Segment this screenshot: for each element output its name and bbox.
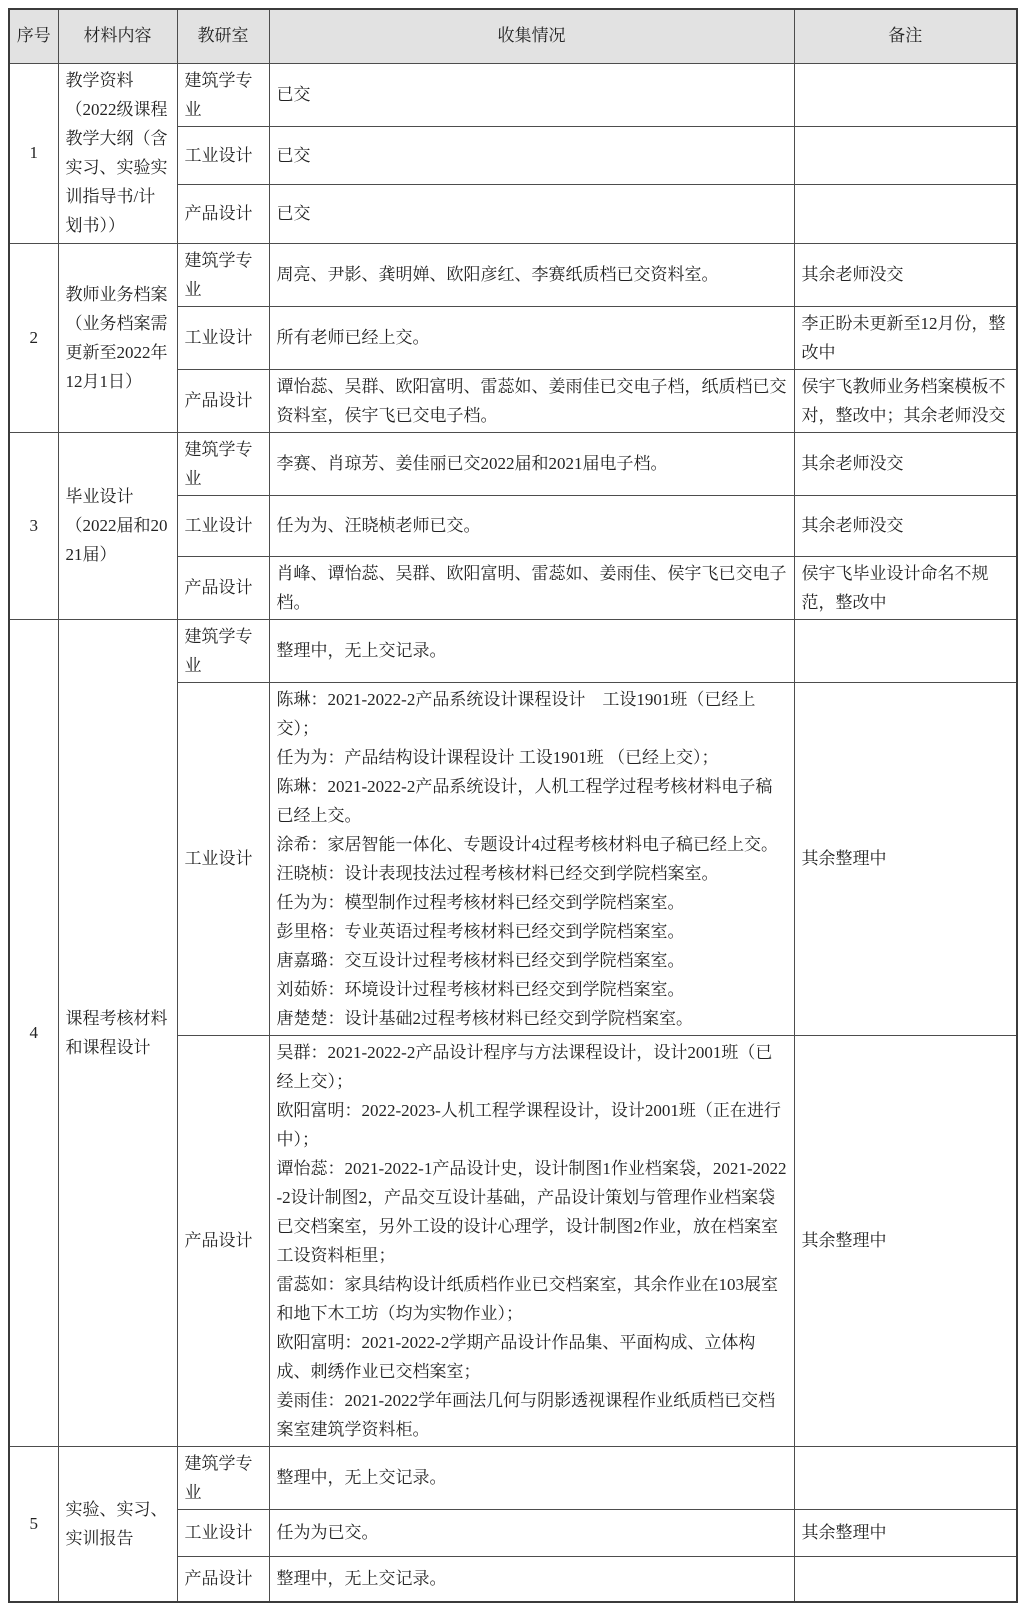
office-cell: 产品设计 bbox=[177, 369, 269, 432]
header-remark: 备注 bbox=[794, 9, 1017, 63]
status-cell: 任为为已交。 bbox=[269, 1509, 794, 1556]
remark-cell: 侯宇飞毕业设计命名不规范，整改中 bbox=[794, 556, 1017, 619]
material-cell: 毕业设计 （2022届和2021届） bbox=[58, 432, 177, 619]
status-cell: 吴群：2021-2022-2产品设计程序与方法课程设计，设计2001班（已经上交… bbox=[269, 1035, 794, 1446]
table-row: 4 课程考核材料和课程设计 建筑学专业 整理中，无上交记录。 bbox=[9, 619, 1017, 682]
office-cell: 产品设计 bbox=[177, 184, 269, 243]
table-row: 1 教学资料 （2022级课程教学大纲（含实习、实验实训指导书/计划书）） 建筑… bbox=[9, 63, 1017, 126]
row-number: 3 bbox=[9, 432, 58, 619]
remark-cell: 其余整理中 bbox=[794, 682, 1017, 1035]
header-row: 序号 材料内容 教研室 收集情况 备注 bbox=[9, 9, 1017, 63]
remark-cell: 其余整理中 bbox=[794, 1035, 1017, 1446]
collection-status-table: 序号 材料内容 教研室 收集情况 备注 1 教学资料 （2022级课程教学大纲（… bbox=[8, 8, 1018, 1603]
remark-cell bbox=[794, 184, 1017, 243]
status-cell: 肖峰、谭怡蕊、吴群、欧阳富明、雷蕊如、姜雨佳、侯宇飞已交电子档。 bbox=[269, 556, 794, 619]
table-row: 2 教师业务档案 （业务档案需更新至2022年12月1日） 建筑学专业 周亮、尹… bbox=[9, 243, 1017, 306]
status-cell: 任为为、汪晓桢老师已交。 bbox=[269, 495, 794, 556]
status-cell: 已交 bbox=[269, 184, 794, 243]
office-cell: 产品设计 bbox=[177, 1556, 269, 1602]
table-row: 5 实验、实习、实训报告 建筑学专业 整理中，无上交记录。 bbox=[9, 1446, 1017, 1509]
header-status: 收集情况 bbox=[269, 9, 794, 63]
office-cell: 建筑学专业 bbox=[177, 63, 269, 126]
status-cell: 所有老师已经上交。 bbox=[269, 306, 794, 369]
office-cell: 工业设计 bbox=[177, 1509, 269, 1556]
header-office: 教研室 bbox=[177, 9, 269, 63]
remark-cell bbox=[794, 63, 1017, 126]
status-cell: 陈琳：2021-2022-2产品系统设计课程设计 工设1901班（已经上交）； … bbox=[269, 682, 794, 1035]
row-number: 5 bbox=[9, 1446, 58, 1602]
remark-cell: 侯宇飞教师业务档案模板不对，整改中；其余老师没交 bbox=[794, 369, 1017, 432]
office-cell: 产品设计 bbox=[177, 1035, 269, 1446]
office-cell: 工业设计 bbox=[177, 306, 269, 369]
remark-cell bbox=[794, 1556, 1017, 1602]
row-number: 2 bbox=[9, 243, 58, 432]
row-number: 4 bbox=[9, 619, 58, 1446]
remark-cell: 其余整理中 bbox=[794, 1509, 1017, 1556]
office-cell: 工业设计 bbox=[177, 126, 269, 184]
office-cell: 工业设计 bbox=[177, 682, 269, 1035]
remark-cell bbox=[794, 619, 1017, 682]
material-cell: 实验、实习、实训报告 bbox=[58, 1446, 177, 1602]
status-cell: 李赛、肖琼芳、姜佳丽已交2022届和2021届电子档。 bbox=[269, 432, 794, 495]
status-cell: 已交 bbox=[269, 63, 794, 126]
office-cell: 建筑学专业 bbox=[177, 619, 269, 682]
office-cell: 建筑学专业 bbox=[177, 432, 269, 495]
status-cell: 周亮、尹影、龚明婵、欧阳彦红、李赛纸质档已交资料室。 bbox=[269, 243, 794, 306]
material-cell: 教师业务档案 （业务档案需更新至2022年12月1日） bbox=[58, 243, 177, 432]
status-cell: 整理中，无上交记录。 bbox=[269, 1446, 794, 1509]
row-number: 1 bbox=[9, 63, 58, 243]
material-cell: 课程考核材料和课程设计 bbox=[58, 619, 177, 1446]
status-cell: 整理中，无上交记录。 bbox=[269, 1556, 794, 1602]
remark-cell: 其余老师没交 bbox=[794, 432, 1017, 495]
remark-cell: 其余老师没交 bbox=[794, 243, 1017, 306]
material-cell: 教学资料 （2022级课程教学大纲（含实习、实验实训指导书/计划书）） bbox=[58, 63, 177, 243]
office-cell: 工业设计 bbox=[177, 495, 269, 556]
remark-cell bbox=[794, 126, 1017, 184]
office-cell: 建筑学专业 bbox=[177, 243, 269, 306]
office-cell: 产品设计 bbox=[177, 556, 269, 619]
header-num: 序号 bbox=[9, 9, 58, 63]
office-cell: 建筑学专业 bbox=[177, 1446, 269, 1509]
status-cell: 整理中，无上交记录。 bbox=[269, 619, 794, 682]
status-cell: 已交 bbox=[269, 126, 794, 184]
status-cell: 谭怡蕊、吴群、欧阳富明、雷蕊如、姜雨佳已交电子档，纸质档已交资料室，侯宇飞已交电… bbox=[269, 369, 794, 432]
remark-cell: 其余老师没交 bbox=[794, 495, 1017, 556]
document-page: 序号 材料内容 教研室 收集情况 备注 1 教学资料 （2022级课程教学大纲（… bbox=[0, 0, 1024, 1448]
remark-cell bbox=[794, 1446, 1017, 1509]
table-row: 3 毕业设计 （2022届和2021届） 建筑学专业 李赛、肖琼芳、姜佳丽已交2… bbox=[9, 432, 1017, 495]
remark-cell: 李正盼未更新至12月份，整改中 bbox=[794, 306, 1017, 369]
header-material: 材料内容 bbox=[58, 9, 177, 63]
